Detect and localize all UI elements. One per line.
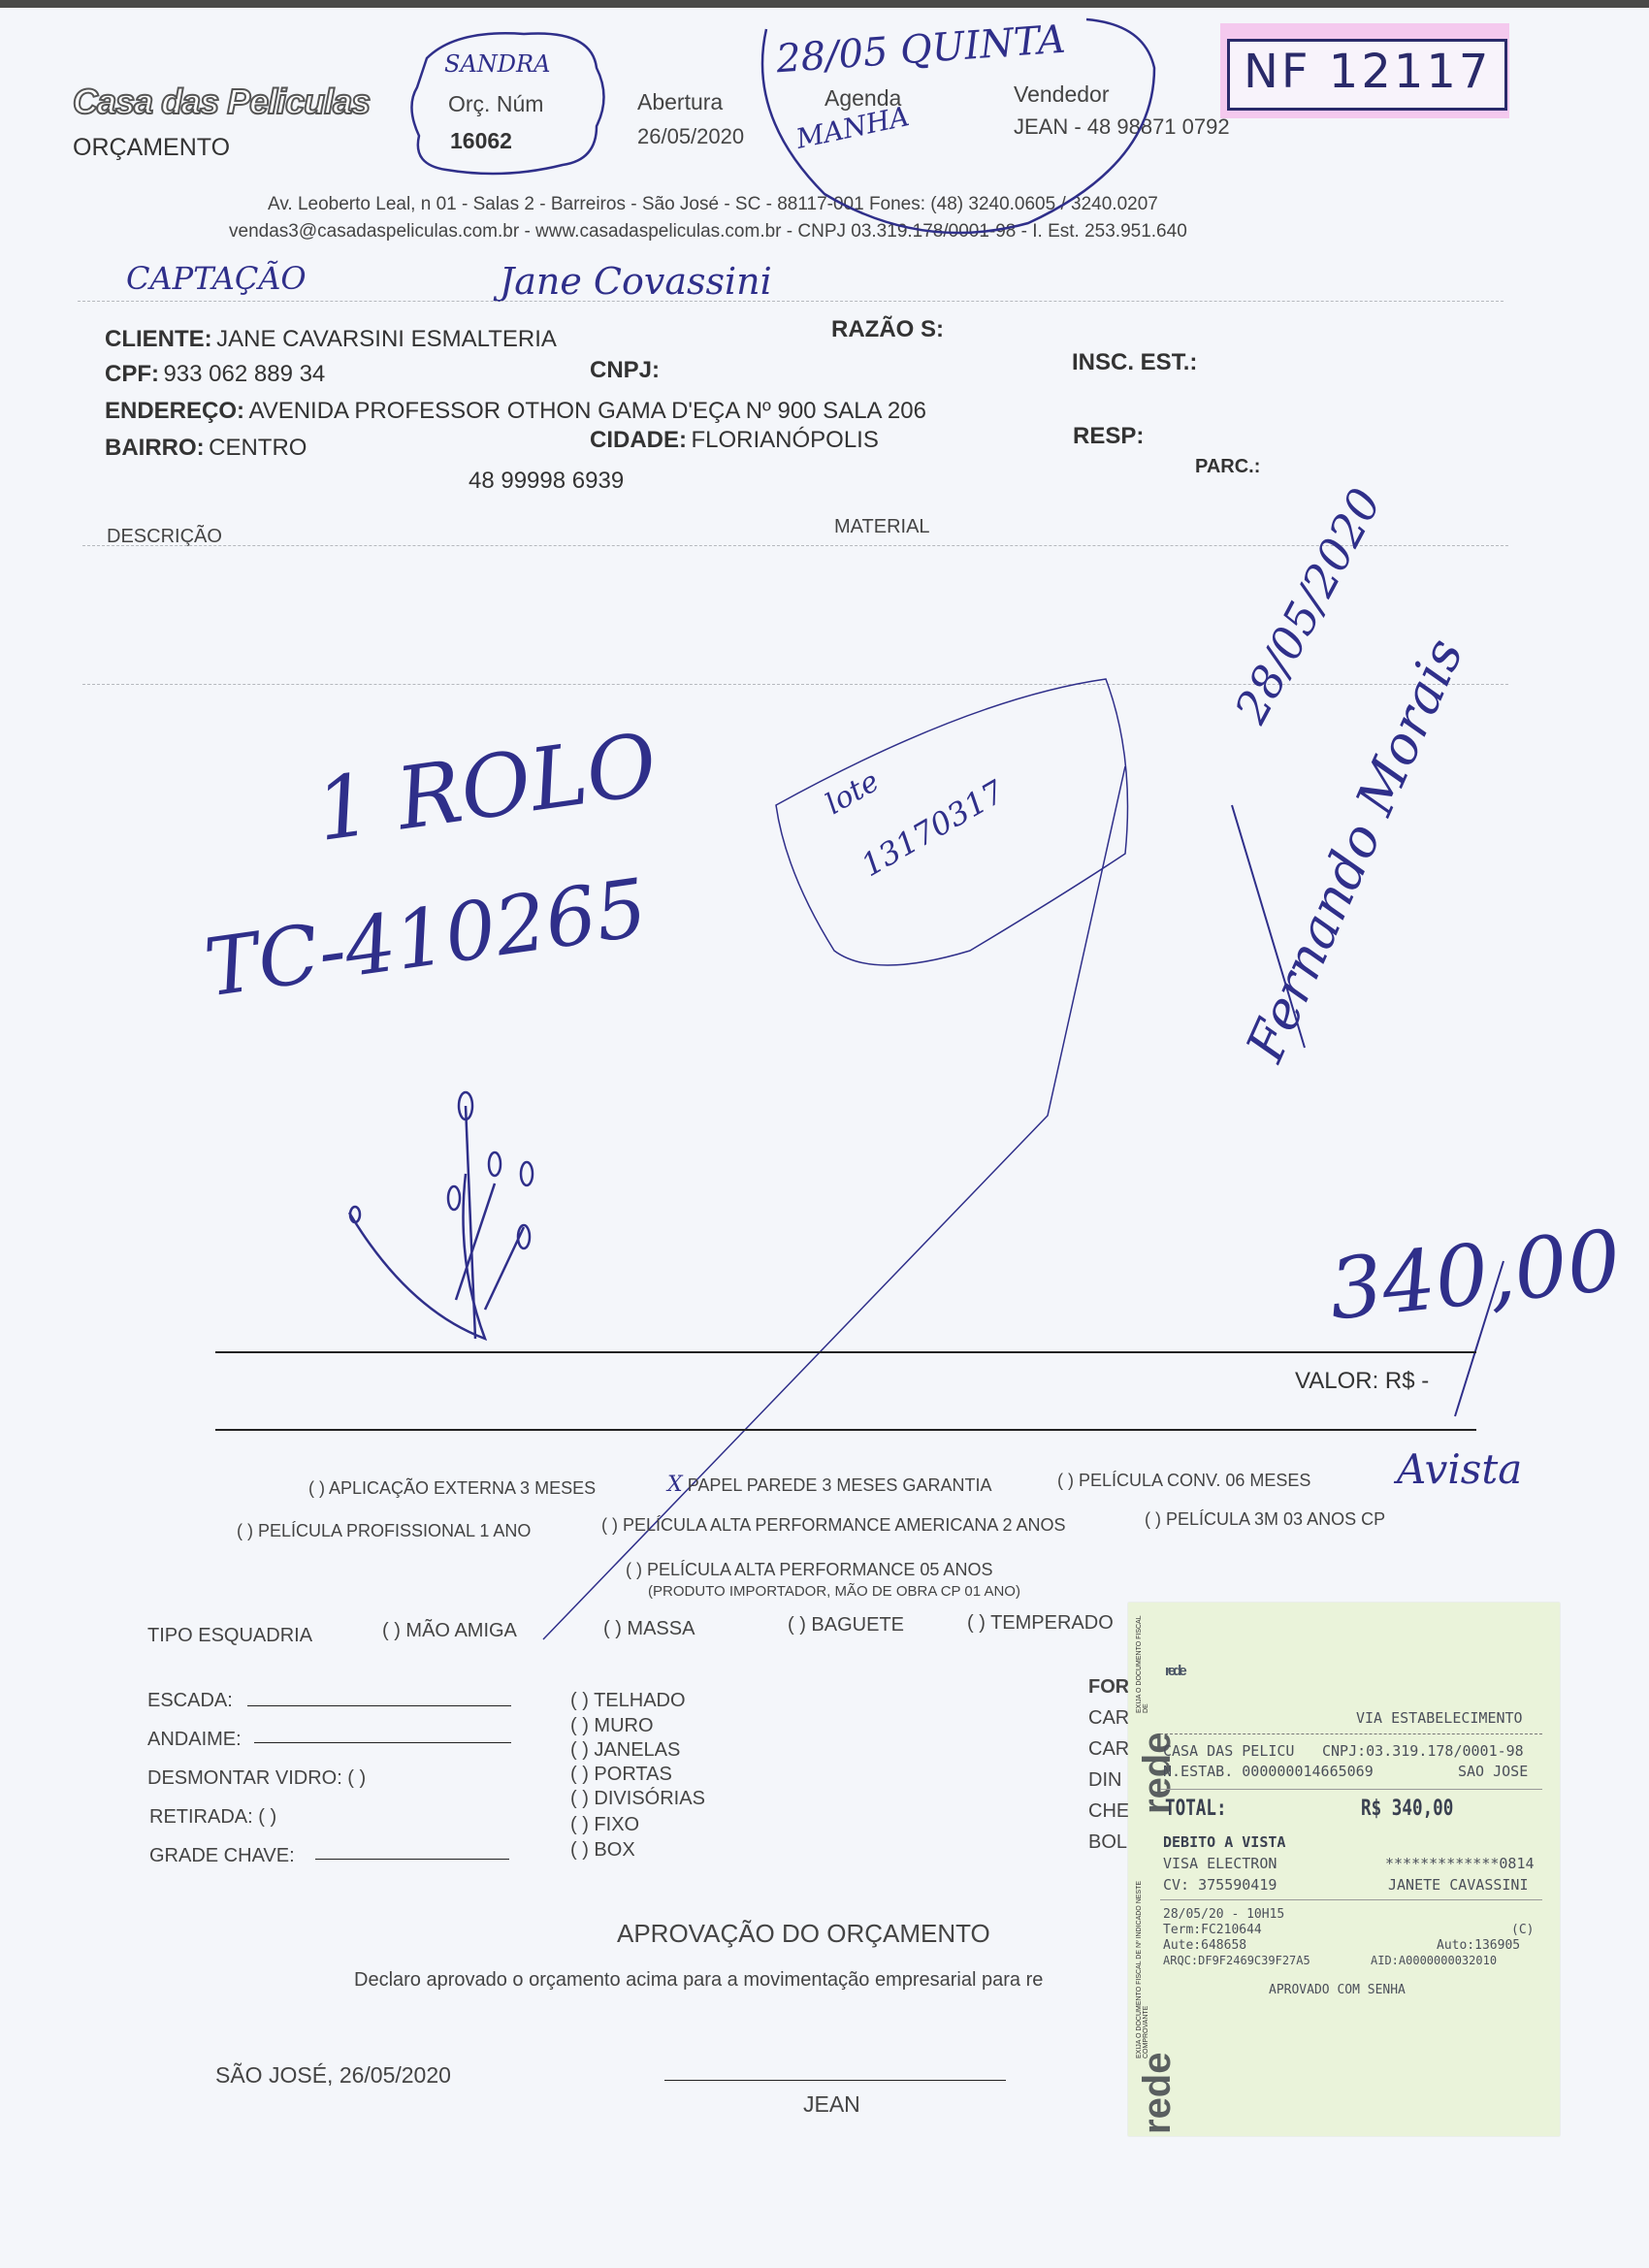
orc-number-label: Orç. Núm — [448, 91, 543, 117]
receipt-cnpj: CNPJ:03.319.178/0001-98 — [1322, 1742, 1524, 1760]
receipt-card-number: *************0814 — [1385, 1855, 1535, 1872]
handwritten-client-name: Jane Covassini — [500, 260, 772, 303]
handwritten-captacao: CAPTAÇÃO — [126, 260, 307, 297]
receipt-aute: Aute:648658 — [1163, 1938, 1246, 1953]
divider — [82, 545, 1508, 546]
address-row: ENDEREÇO: AVENIDA PROFESSOR OTHON GAMA D… — [105, 398, 926, 425]
location-divisorias[interactable]: ( ) DIVISÓRIAS — [570, 1788, 705, 1810]
receipt-total-label: TOTAL: — [1165, 1797, 1227, 1821]
receipt-estab: N.ESTAB. 000000014665069 — [1163, 1763, 1374, 1780]
option-pelicula-3m[interactable]: ( ) PELÍCULA 3M 03 ANOS CP — [1145, 1509, 1385, 1530]
esquadria-mao-amiga[interactable]: ( ) MÃO AMIGA — [382, 1620, 517, 1642]
payment-form-card-1[interactable]: CAR — [1088, 1707, 1129, 1730]
receipt-aid: AID:A0000000032010 — [1371, 1954, 1497, 1967]
location-janelas[interactable]: ( ) JANELAS — [570, 1739, 680, 1762]
option-papel-parede[interactable]: X PAPEL PAREDE 3 MESES GARANTIA — [667, 1473, 991, 1497]
approval-signer: JEAN — [803, 2091, 860, 2118]
endereco-value: AVENIDA PROFESSOR OTHON GAMA D'EÇA Nº 90… — [248, 398, 925, 424]
valor-label: VALOR: R$ - — [1295, 1368, 1429, 1395]
cliente-value: JANE CAVARSINI ESMALTERIA — [216, 326, 557, 352]
receipt-cv: CV: 375590419 — [1163, 1876, 1277, 1894]
warranty-note: (PRODUTO IMPORTADOR, MÃO DE OBRA CP 01 A… — [648, 1583, 1020, 1600]
grade-chave-field[interactable] — [315, 1859, 509, 1860]
signature-line[interactable] — [664, 2080, 1006, 2081]
cpf-row: CPF: 933 062 889 34 — [105, 361, 325, 388]
receipt-side-text-top: EXIJA O DOCUMENTO FISCAL DE — [1136, 1606, 1149, 1713]
receipt-term-flag: (C) — [1511, 1923, 1534, 1937]
receipt-divider — [1160, 1789, 1542, 1790]
approval-place-date: SÃO JOSÉ, 26/05/2020 — [215, 2062, 451, 2089]
vendedor-value: JEAN - 48 98871 0792 — [1014, 114, 1230, 140]
payment-form-check[interactable]: CHE — [1088, 1800, 1129, 1823]
receipt-datetime: 28/05/20 - 10H15 — [1163, 1907, 1284, 1922]
company-contact: vendas3@casadaspeliculas.com.br - www.ca… — [229, 221, 1187, 243]
card-receipt: EXIJA O DOCUMENTO FISCAL DE EXIJA O DOCU… — [1128, 1603, 1560, 2136]
andaime-field[interactable] — [254, 1742, 511, 1743]
esquadria-massa[interactable]: ( ) MASSA — [603, 1618, 695, 1640]
esquadria-label: TIPO ESQUADRIA — [147, 1625, 312, 1647]
andaime-label: ANDAIME: — [147, 1729, 242, 1751]
esquadria-temperado[interactable]: ( ) TEMPERADO — [967, 1612, 1114, 1635]
receipt-divider — [1160, 1899, 1542, 1900]
scan-top-edge — [0, 0, 1649, 8]
valor-bottom-line — [215, 1429, 1476, 1431]
receipt-city: SAO JOSE — [1458, 1763, 1528, 1780]
abertura-label: Abertura — [637, 89, 723, 115]
approval-text: Declaro aprovado o orçamento acima para … — [354, 1969, 1043, 1992]
nf-handwritten: NF 12117 — [1244, 45, 1491, 99]
receipt-divider — [1160, 1733, 1542, 1734]
receipt-type: DEBITO A VISTA — [1163, 1833, 1285, 1851]
option-pelicula-conv[interactable]: ( ) PELÍCULA CONV. 06 MESES — [1057, 1471, 1310, 1491]
cpf-label: CPF: — [105, 361, 159, 387]
abertura-date: 26/05/2020 — [637, 124, 744, 149]
cidade-row: CIDADE: FLORIANÓPOLIS — [590, 427, 879, 454]
cidade-value: FLORIANÓPOLIS — [691, 427, 878, 453]
payment-form-card-2[interactable]: CAR — [1088, 1738, 1129, 1761]
valor-top-line — [215, 1351, 1476, 1353]
receipt-via: VIA ESTABELECIMENTO — [1356, 1709, 1523, 1727]
checkbox-checked: X — [667, 1473, 683, 1497]
esquadria-baguete[interactable]: ( ) BAGUETE — [788, 1614, 904, 1636]
cnpj-label: CNPJ: — [590, 357, 660, 384]
receipt-arqc: ARQC:DF9F2469C39F27A5 — [1163, 1954, 1310, 1967]
receipt-status: APROVADO COM SENHA — [1269, 1983, 1406, 1997]
retirada[interactable]: RETIRADA: ( ) — [149, 1806, 276, 1829]
handwritten-sandra: SANDRA — [444, 50, 550, 78]
location-box[interactable]: ( ) BOX — [570, 1839, 635, 1862]
grade-chave-label: GRADE CHAVE: — [149, 1845, 295, 1867]
option-aplicacao-externa[interactable]: ( ) APLICAÇÃO EXTERNA 3 MESES — [308, 1478, 596, 1499]
option-alta-performance-americana[interactable]: ( ) PELÍCULA ALTA PERFORMANCE AMERICANA … — [601, 1515, 1065, 1536]
desmontar-vidro[interactable]: DESMONTAR VIDRO: ( ) — [147, 1767, 366, 1790]
receipt-auto: Auto:136905 — [1437, 1938, 1520, 1953]
rede-logo: rede — [1165, 1663, 1184, 1679]
receipt-term: Term:FC210644 — [1163, 1923, 1262, 1937]
payment-form-boleto[interactable]: BOL — [1088, 1831, 1127, 1854]
handwritten-payment: Avista — [1397, 1445, 1522, 1493]
escada-field[interactable] — [247, 1705, 511, 1706]
approval-title: APROVAÇÃO DO ORÇAMENTO — [617, 1919, 990, 1949]
divider — [78, 301, 1503, 302]
receipt-card: VISA ELECTRON — [1163, 1855, 1277, 1872]
payment-form-cash[interactable]: DIN — [1088, 1769, 1121, 1792]
company-address: Av. Leoberto Leal, n 01 - Salas 2 - Barr… — [268, 194, 1158, 215]
receipt-holder: JANETE CAVASSINI — [1388, 1876, 1529, 1894]
receipt-merchant: CASA DAS PELICU — [1163, 1742, 1294, 1760]
bairro-row: BAIRRO: CENTRO — [105, 435, 307, 462]
document-type: ORÇAMENTO — [73, 134, 230, 162]
insc-est-label: INSC. EST.: — [1072, 349, 1197, 376]
brand-logo: Casa das Peliculas — [73, 81, 370, 122]
material-header: MATERIAL — [834, 516, 930, 538]
orc-number: 16062 — [450, 128, 512, 154]
location-fixo[interactable]: ( ) FIXO — [570, 1814, 639, 1836]
bairro-value: CENTRO — [209, 435, 307, 461]
cliente-label: CLIENTE: — [105, 326, 212, 352]
receipt-side-text-bottom: EXIJA O DOCUMENTO FISCAL DE Nº INDICADO … — [1136, 1845, 1149, 2058]
client-phone: 48 99998 6939 — [469, 468, 624, 495]
location-portas[interactable]: ( ) PORTAS — [570, 1764, 672, 1786]
razao-label: RAZÃO S: — [831, 316, 944, 343]
cpf-value: 933 062 889 34 — [163, 361, 325, 387]
location-muro[interactable]: ( ) MURO — [570, 1715, 654, 1737]
option-pelicula-profissional[interactable]: ( ) PELÍCULA PROFISSIONAL 1 ANO — [237, 1521, 531, 1541]
location-telhado[interactable]: ( ) TELHADO — [570, 1690, 686, 1712]
endereco-label: ENDEREÇO: — [105, 398, 244, 424]
client-row: CLIENTE: JANE CAVARSINI ESMALTERIA — [105, 326, 557, 353]
option-alta-performance-05[interactable]: ( ) PELÍCULA ALTA PERFORMANCE 05 ANOS — [626, 1560, 992, 1580]
resp-label: RESP: — [1073, 423, 1144, 450]
rede-vertical-logo: rede — [1136, 2053, 1180, 2135]
cidade-label: CIDADE: — [590, 427, 687, 453]
vendedor-label: Vendedor — [1014, 81, 1109, 108]
escada-label: ESCADA: — [147, 1690, 233, 1712]
receipt-total-value: R$ 340,00 — [1361, 1797, 1453, 1821]
bairro-label: BAIRRO: — [105, 435, 205, 461]
payment-forms-label: FOR — [1088, 1676, 1129, 1699]
parc-label: PARC.: — [1195, 456, 1260, 478]
option-papel-parede-label: PAPEL PAREDE 3 MESES GARANTIA — [688, 1475, 992, 1495]
